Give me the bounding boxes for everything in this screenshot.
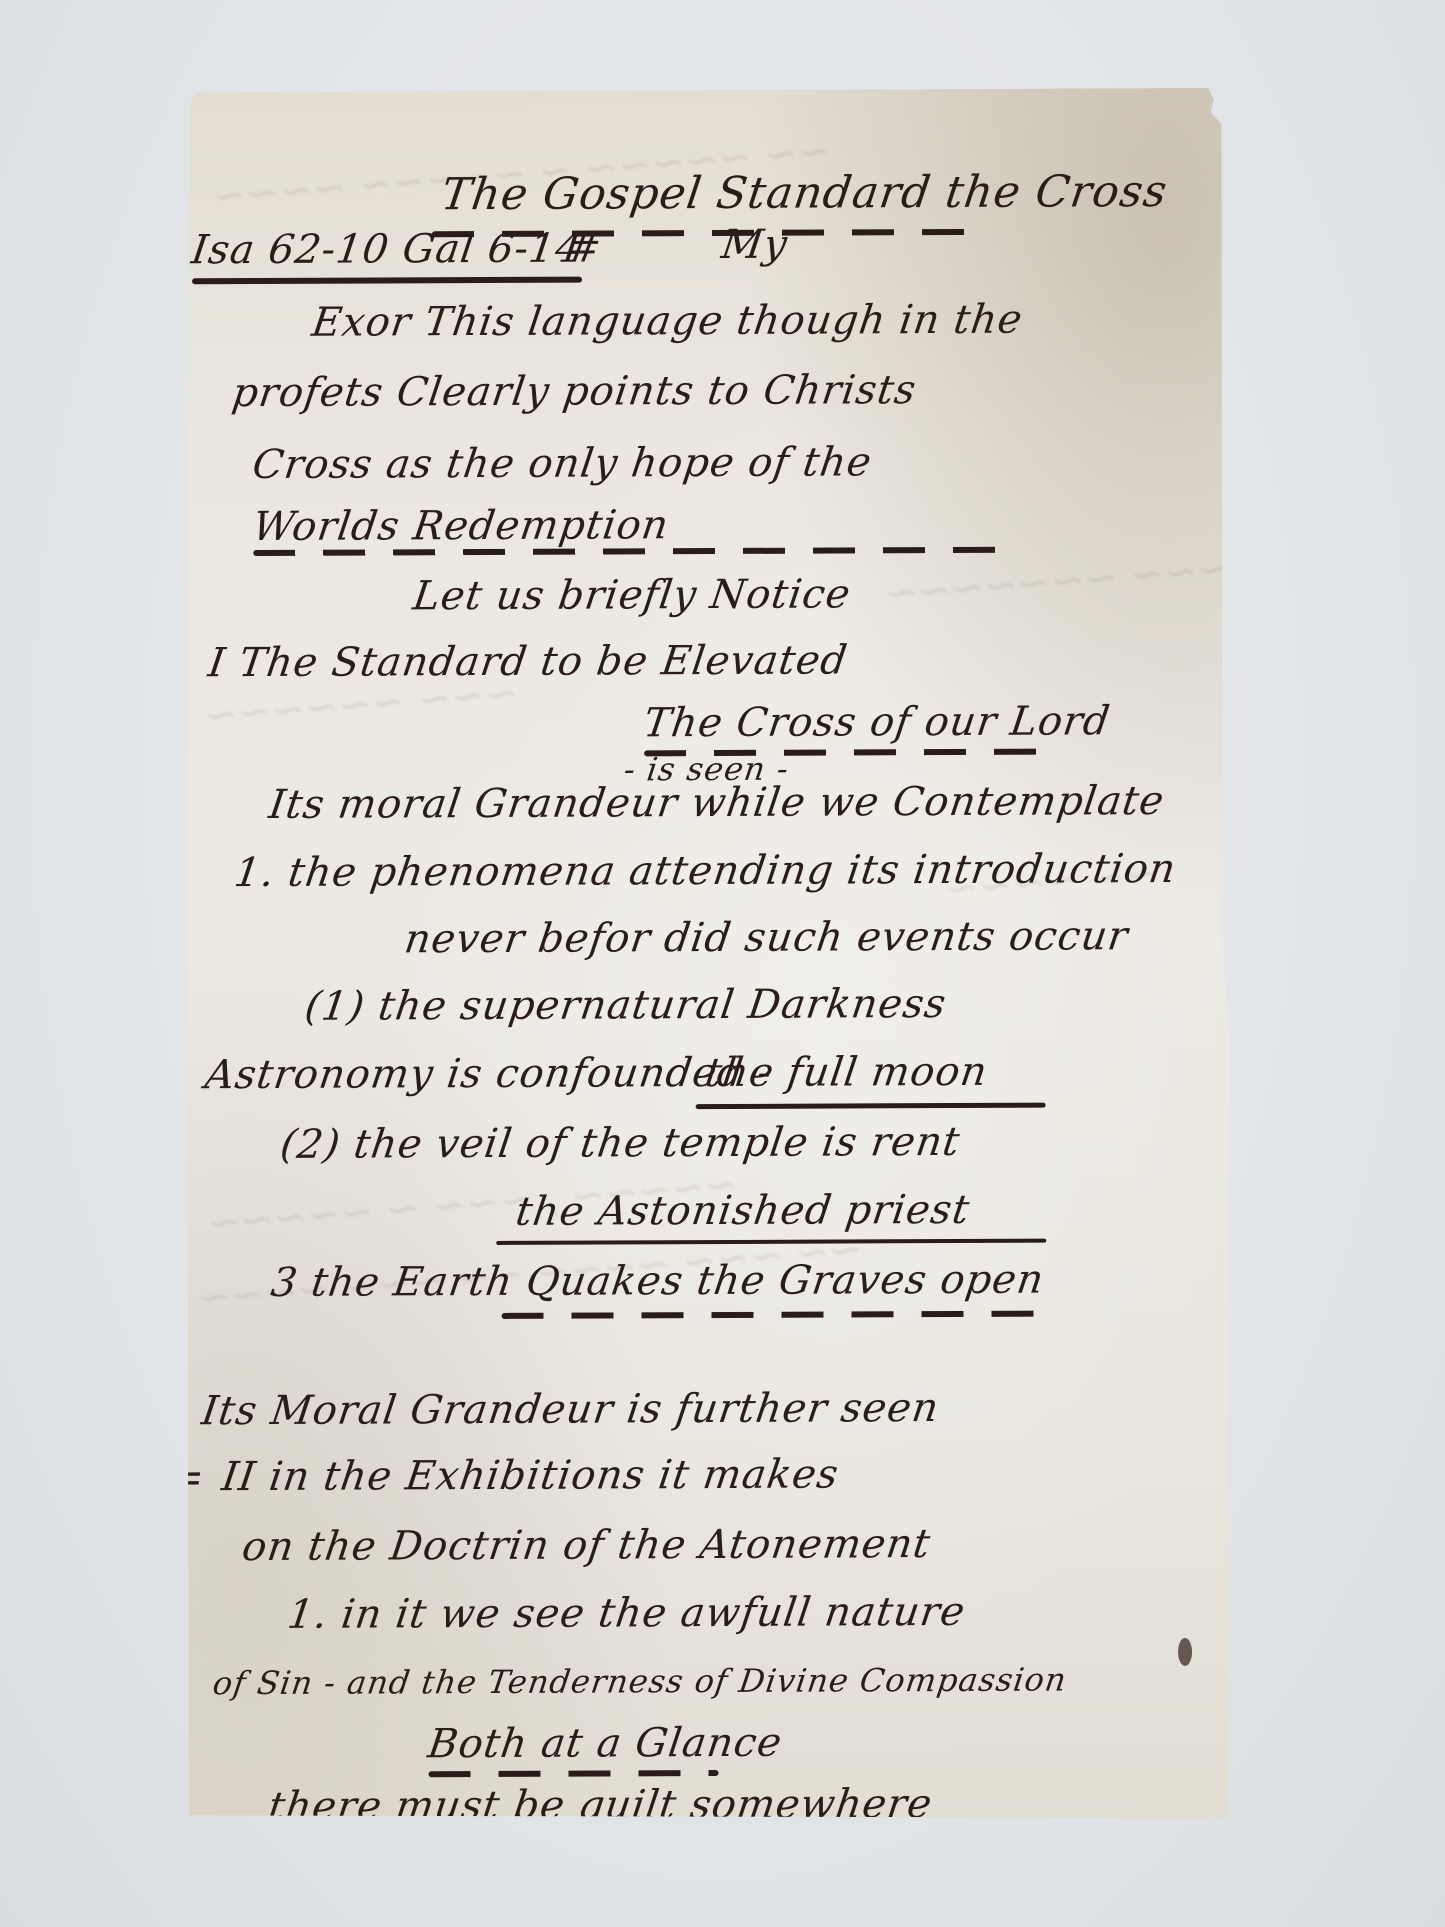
line-underline xyxy=(429,1770,719,1777)
manuscript-line: Both at a Glance xyxy=(425,1720,785,1768)
manuscript-line: 3 the Earth Quakes the Graves open xyxy=(268,1257,1047,1306)
manuscript-line: (1) the supernatural Darkness xyxy=(302,981,949,1030)
manuscript-line: Exor This language though in the xyxy=(309,297,1026,346)
manuscript-line: of Sin - and the Tenderness of Divine Co… xyxy=(211,1660,1070,1702)
manuscript-line: the full moon xyxy=(702,1049,990,1096)
manuscript-line: there must be guilt somewhere xyxy=(266,1781,936,1830)
scripture-reference: Isa 62-10 Gal 6-14 xyxy=(189,226,585,274)
manuscript-line: The Cross of our Lord xyxy=(641,698,1113,746)
manuscript-line: Let us briefly Notice xyxy=(410,571,853,619)
manuscript-line: Cross as the only hope of the xyxy=(250,439,875,488)
manuscript-page: ~~ ~~~~~ ~ ~~~~~ ~~~~ ~~~ ~~~~~~~ ~~~ ~~… xyxy=(181,88,1259,1823)
manuscript-title: The Gospel Standard the Cross xyxy=(438,166,1171,220)
manuscript-line: never befor did such events occur xyxy=(402,913,1131,962)
line-underline xyxy=(502,1311,1062,1319)
reference-mark: # xyxy=(564,225,605,271)
reference-underline xyxy=(192,277,582,285)
manuscript-line: Let I submit a few Alternats xyxy=(356,1839,958,1888)
manuscript-line: II in the Exhibitions it makes xyxy=(219,1451,842,1500)
ink-blot xyxy=(1178,1638,1192,1666)
manuscript-line: Worlds Redemption xyxy=(250,502,672,550)
manuscript-line: profets Clearly points to Christs xyxy=(229,367,919,416)
margin-marker: = xyxy=(164,1452,209,1503)
manuscript-line: Astronomy is confounded - xyxy=(202,1050,775,1099)
author-mark: My xyxy=(719,222,791,268)
manuscript-line: the Astonished priest xyxy=(513,1187,973,1235)
manuscript-line: Its moral Grandeur while we Contemplate xyxy=(266,778,1167,828)
manuscript-line: I The Standard to be Elevated xyxy=(206,637,851,686)
manuscript-line: 1. in it we see the awfull nature xyxy=(285,1589,969,1638)
manuscript-line: on the Doctrin of the Atonement xyxy=(239,1521,933,1570)
bleed-through-text: ~~~ ~~~~~~~ xyxy=(882,546,1232,618)
manuscript-line: 1. the phenomena attending its introduct… xyxy=(232,846,1180,896)
line-underline xyxy=(696,1103,1046,1110)
manuscript-line: Its Moral Grandeur is further seen xyxy=(199,1385,942,1434)
manuscript-line: (2) the veil of the temple is rent xyxy=(278,1119,963,1168)
